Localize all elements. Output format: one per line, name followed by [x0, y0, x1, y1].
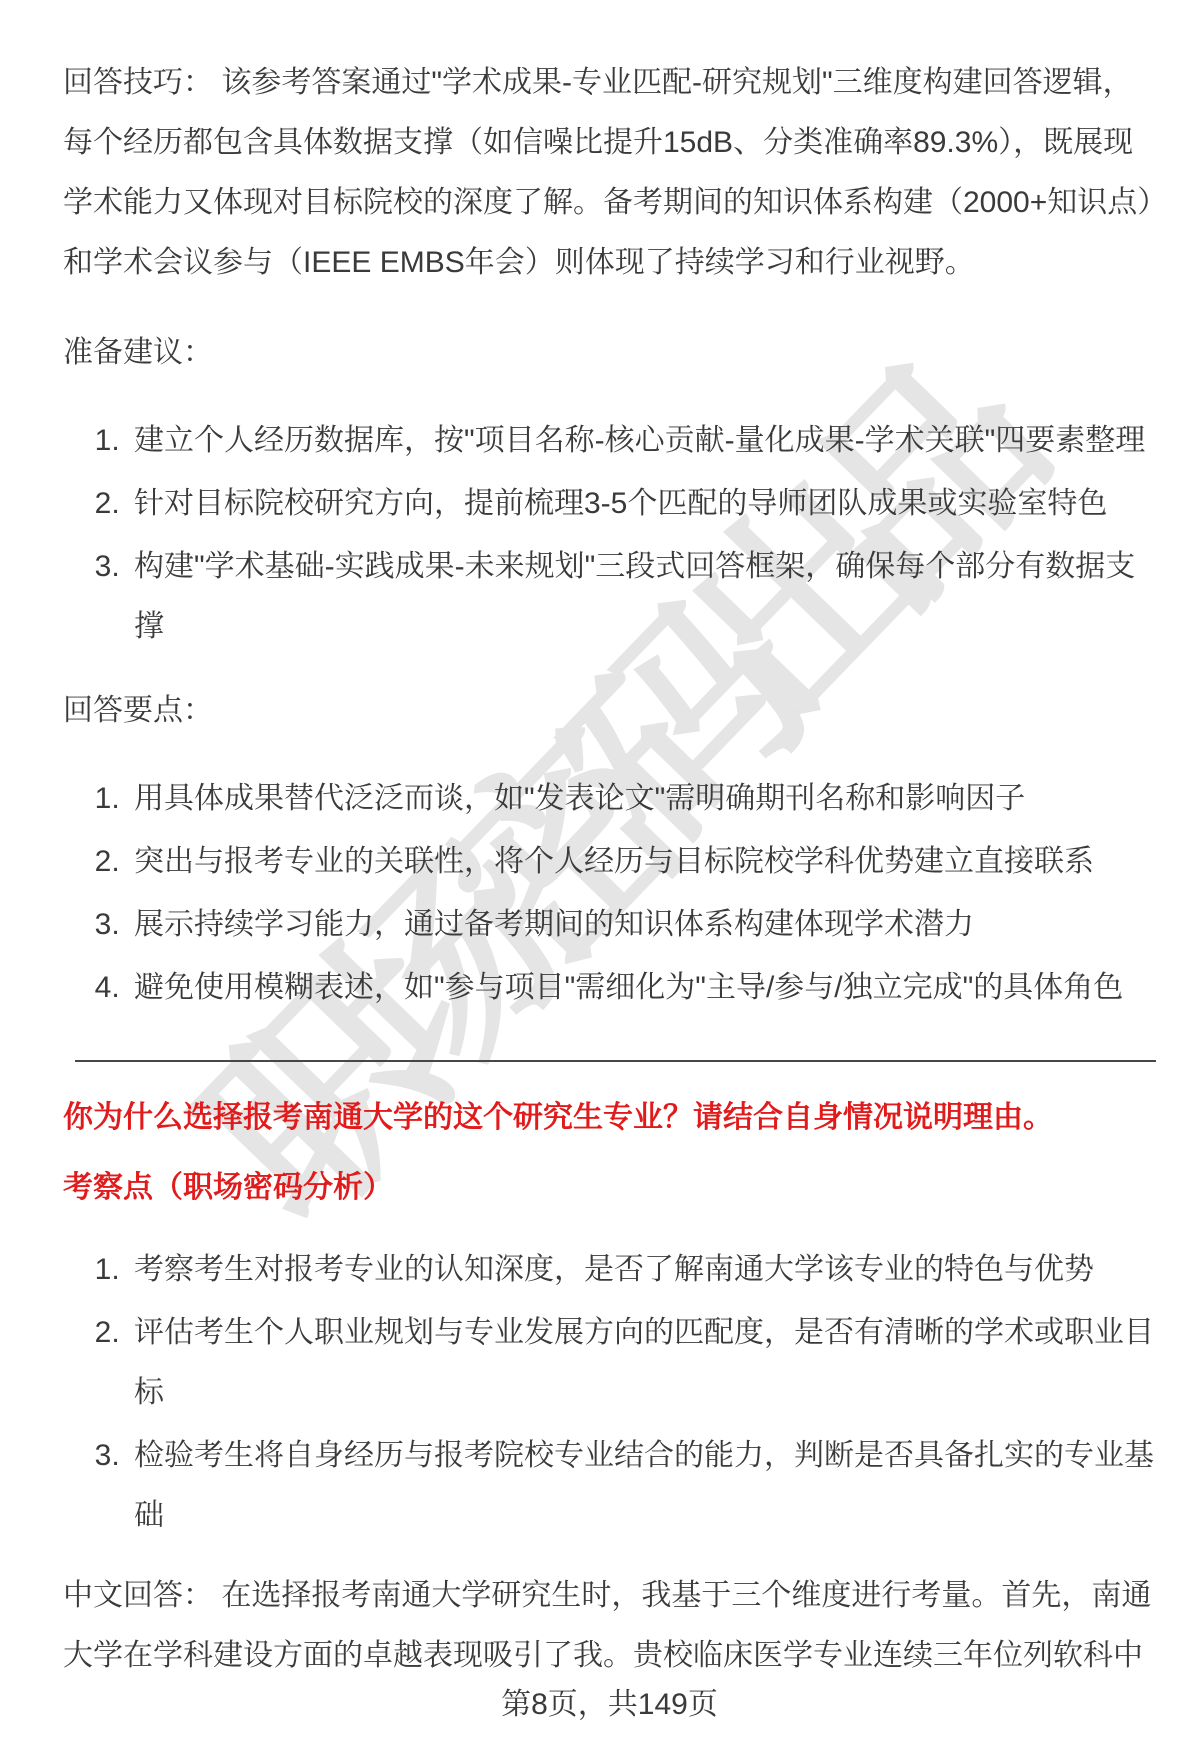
- page-number-footer: 第8页，共149页: [63, 1688, 1156, 1722]
- page-content: 回答技巧： 该参考答案通过"学术成果-专业匹配-研究规划"三维度构建回答逻辑，每…: [0, 0, 1200, 1686]
- answer-points-heading: 回答要点：: [63, 681, 1156, 741]
- question-title: 你为什么选择报考南通大学的这个研究生专业？请结合自身情况说明理由。: [63, 1088, 1156, 1148]
- answer-technique-paragraph: 回答技巧： 该参考答案通过"学术成果-专业匹配-研究规划"三维度构建回答逻辑，每…: [63, 53, 1156, 293]
- question-analysis-list: 考察考生对报考专业的认知深度，是否了解南通大学该专业的特色与优势 评估考生个人职…: [63, 1240, 1156, 1546]
- list-item: 评估考生个人职业规划与专业发展方向的匹配度，是否有清晰的学术或职业目标: [128, 1303, 1156, 1423]
- list-item: 突出与报考专业的关联性，将个人经历与目标院校学科优势建立直接联系: [128, 832, 1156, 892]
- list-item: 展示持续学习能力，通过备考期间的知识体系构建体现学术潜力: [128, 895, 1156, 955]
- list-item: 检验考生将自身经历与报考院校专业结合的能力，判断是否具备扎实的专业基础: [128, 1426, 1156, 1546]
- prep-advice-heading: 准备建议：: [63, 323, 1156, 383]
- answer-points-list: 用具体成果替代泛泛而谈，如"发表论文"需明确期刊名称和影响因子 突出与报考专业的…: [63, 769, 1156, 1018]
- list-item: 避免使用模糊表述，如"参与项目"需细化为"主导/参与/独立完成"的具体角色: [128, 958, 1156, 1018]
- question-analysis-heading: 考察点（职场密码分析）: [63, 1158, 1156, 1218]
- list-item: 针对目标院校研究方向，提前梳理3-5个匹配的导师团队成果或实验室特色: [128, 474, 1156, 534]
- list-item: 用具体成果替代泛泛而谈，如"发表论文"需明确期刊名称和影响因子: [128, 769, 1156, 829]
- chinese-answer-paragraph: 中文回答： 在选择报考南通大学研究生时，我基于三个维度进行考量。首先，南通大学在…: [63, 1566, 1156, 1686]
- document-page: 职场密码出品 回答技巧： 该参考答案通过"学术成果-专业匹配-研究规划"三维度构…: [0, 0, 1200, 1755]
- prep-advice-list: 建立个人经历数据库，按"项目名称-核心贡献-量化成果-学术关联"四要素整理 针对…: [63, 411, 1156, 657]
- list-item: 建立个人经历数据库，按"项目名称-核心贡献-量化成果-学术关联"四要素整理: [128, 411, 1156, 471]
- section-divider: [75, 1060, 1156, 1062]
- list-item: 考察考生对报考专业的认知深度，是否了解南通大学该专业的特色与优势: [128, 1240, 1156, 1300]
- list-item: 构建"学术基础-实践成果-未来规划"三段式回答框架，确保每个部分有数据支撑: [128, 537, 1156, 657]
